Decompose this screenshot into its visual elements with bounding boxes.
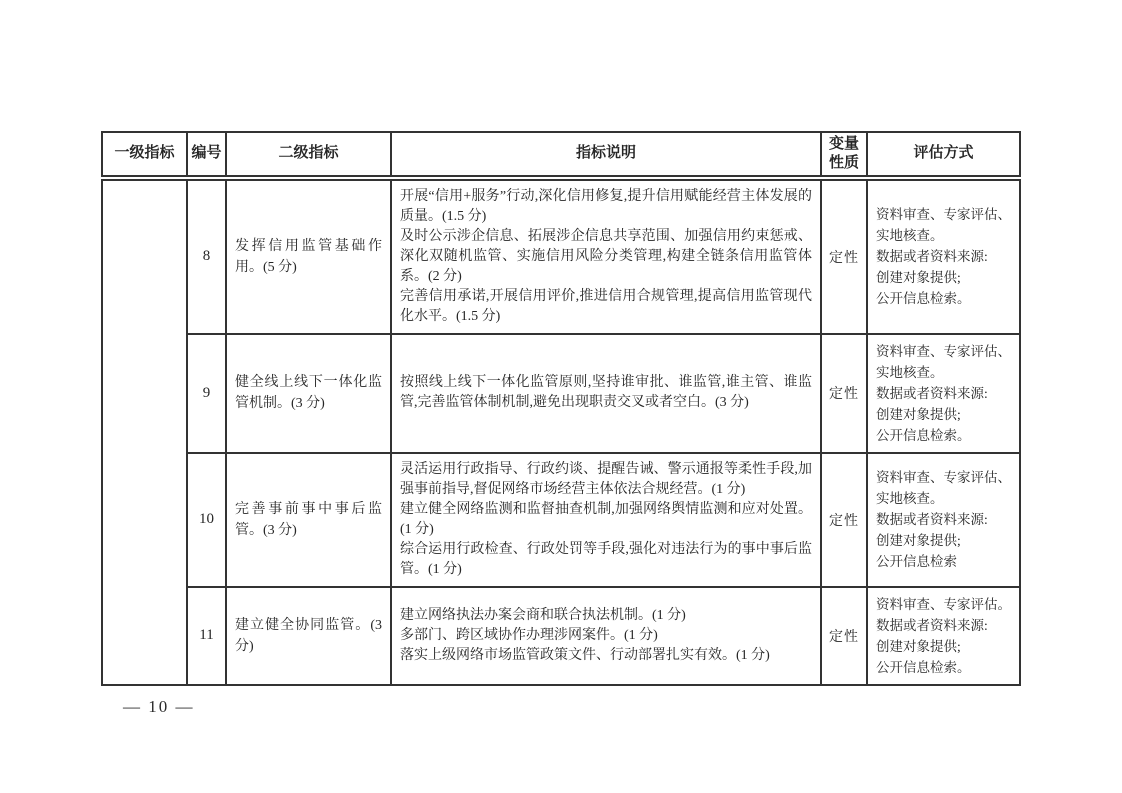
row-8-variable-nature-cell: 定性 [821, 178, 867, 334]
row-9-evaluation-cell: 资料审查、专家评估、实地核查。 数据或者资料来源: 创建对象提供; 公开信息检索… [867, 334, 1020, 453]
indicator-table: 一级指标 编号 二级指标 指标说明 变量性质 评估方式 8 发挥信用监管基础作用… [101, 131, 1021, 686]
row-10-level2-indicator-cell: 完善事前事中事后监管。(3 分) [226, 453, 391, 587]
table-row-10: 10 完善事前事中事后监管。(3 分) 灵活运用行政指导、行政约谈、提醒告诫、警… [102, 453, 1020, 587]
table-row-8: 8 发挥信用监管基础作用。(5 分) 开展“信用+服务”行动,深化信用修复,提升… [102, 178, 1020, 334]
header-description: 指标说明 [391, 132, 821, 178]
header-evaluation-method: 评估方式 [867, 132, 1020, 178]
row-10-evaluation-cell: 资料审查、专家评估、实地核查。 数据或者资料来源: 创建对象提供; 公开信息检索 [867, 453, 1020, 587]
row-9-description-cell: 按照线上线下一体化监管原则,坚持谁审批、谁监管,谁主管、谁监管,完善监管体制机制… [391, 334, 821, 453]
row-9-level2-indicator-cell: 健全线上线下一体化监管机制。(3 分) [226, 334, 391, 453]
table-row-11: 11 建立健全协同监管。(3 分) 建立网络执法办案会商和联合执法机制。(1 分… [102, 587, 1020, 685]
row-10-description-cell: 灵活运用行政指导、行政约谈、提醒告诫、警示通报等柔性手段,加强事前指导,督促网络… [391, 453, 821, 587]
header-level2-indicator: 二级指标 [226, 132, 391, 178]
table-header-row: 一级指标 编号 二级指标 指标说明 变量性质 评估方式 [102, 132, 1020, 178]
level1-indicator-merged-cell [102, 178, 187, 685]
row-10-number-cell: 10 [187, 453, 226, 587]
row-11-number-cell: 11 [187, 587, 226, 685]
page-number: — 10 — [123, 697, 195, 717]
header-row-number: 编号 [187, 132, 226, 178]
row-11-description-cell: 建立网络执法办案会商和联合执法机制。(1 分) 多部门、跨区域协作办理涉网案件。… [391, 587, 821, 685]
document-page: 一级指标 编号 二级指标 指标说明 变量性质 评估方式 8 发挥信用监管基础作用… [0, 0, 1122, 793]
header-level1-indicator: 一级指标 [102, 132, 187, 178]
row-9-number-cell: 9 [187, 334, 226, 453]
row-8-level2-indicator-cell: 发挥信用监管基础作用。(5 分) [226, 178, 391, 334]
header-variable-nature: 变量性质 [821, 132, 867, 178]
row-11-variable-nature-cell: 定性 [821, 587, 867, 685]
row-8-number-cell: 8 [187, 178, 226, 334]
row-11-evaluation-cell: 资料审查、专家评估。 数据或者资料来源: 创建对象提供; 公开信息检索。 [867, 587, 1020, 685]
row-8-description-cell: 开展“信用+服务”行动,深化信用修复,提升信用赋能经营主体发展的质量。(1.5 … [391, 178, 821, 334]
table-row-9: 9 健全线上线下一体化监管机制。(3 分) 按照线上线下一体化监管原则,坚持谁审… [102, 334, 1020, 453]
row-8-evaluation-cell: 资料审查、专家评估、实地核查。 数据或者资料来源: 创建对象提供; 公开信息检索… [867, 178, 1020, 334]
row-11-level2-indicator-cell: 建立健全协同监管。(3 分) [226, 587, 391, 685]
row-9-variable-nature-cell: 定性 [821, 334, 867, 453]
row-10-variable-nature-cell: 定性 [821, 453, 867, 587]
